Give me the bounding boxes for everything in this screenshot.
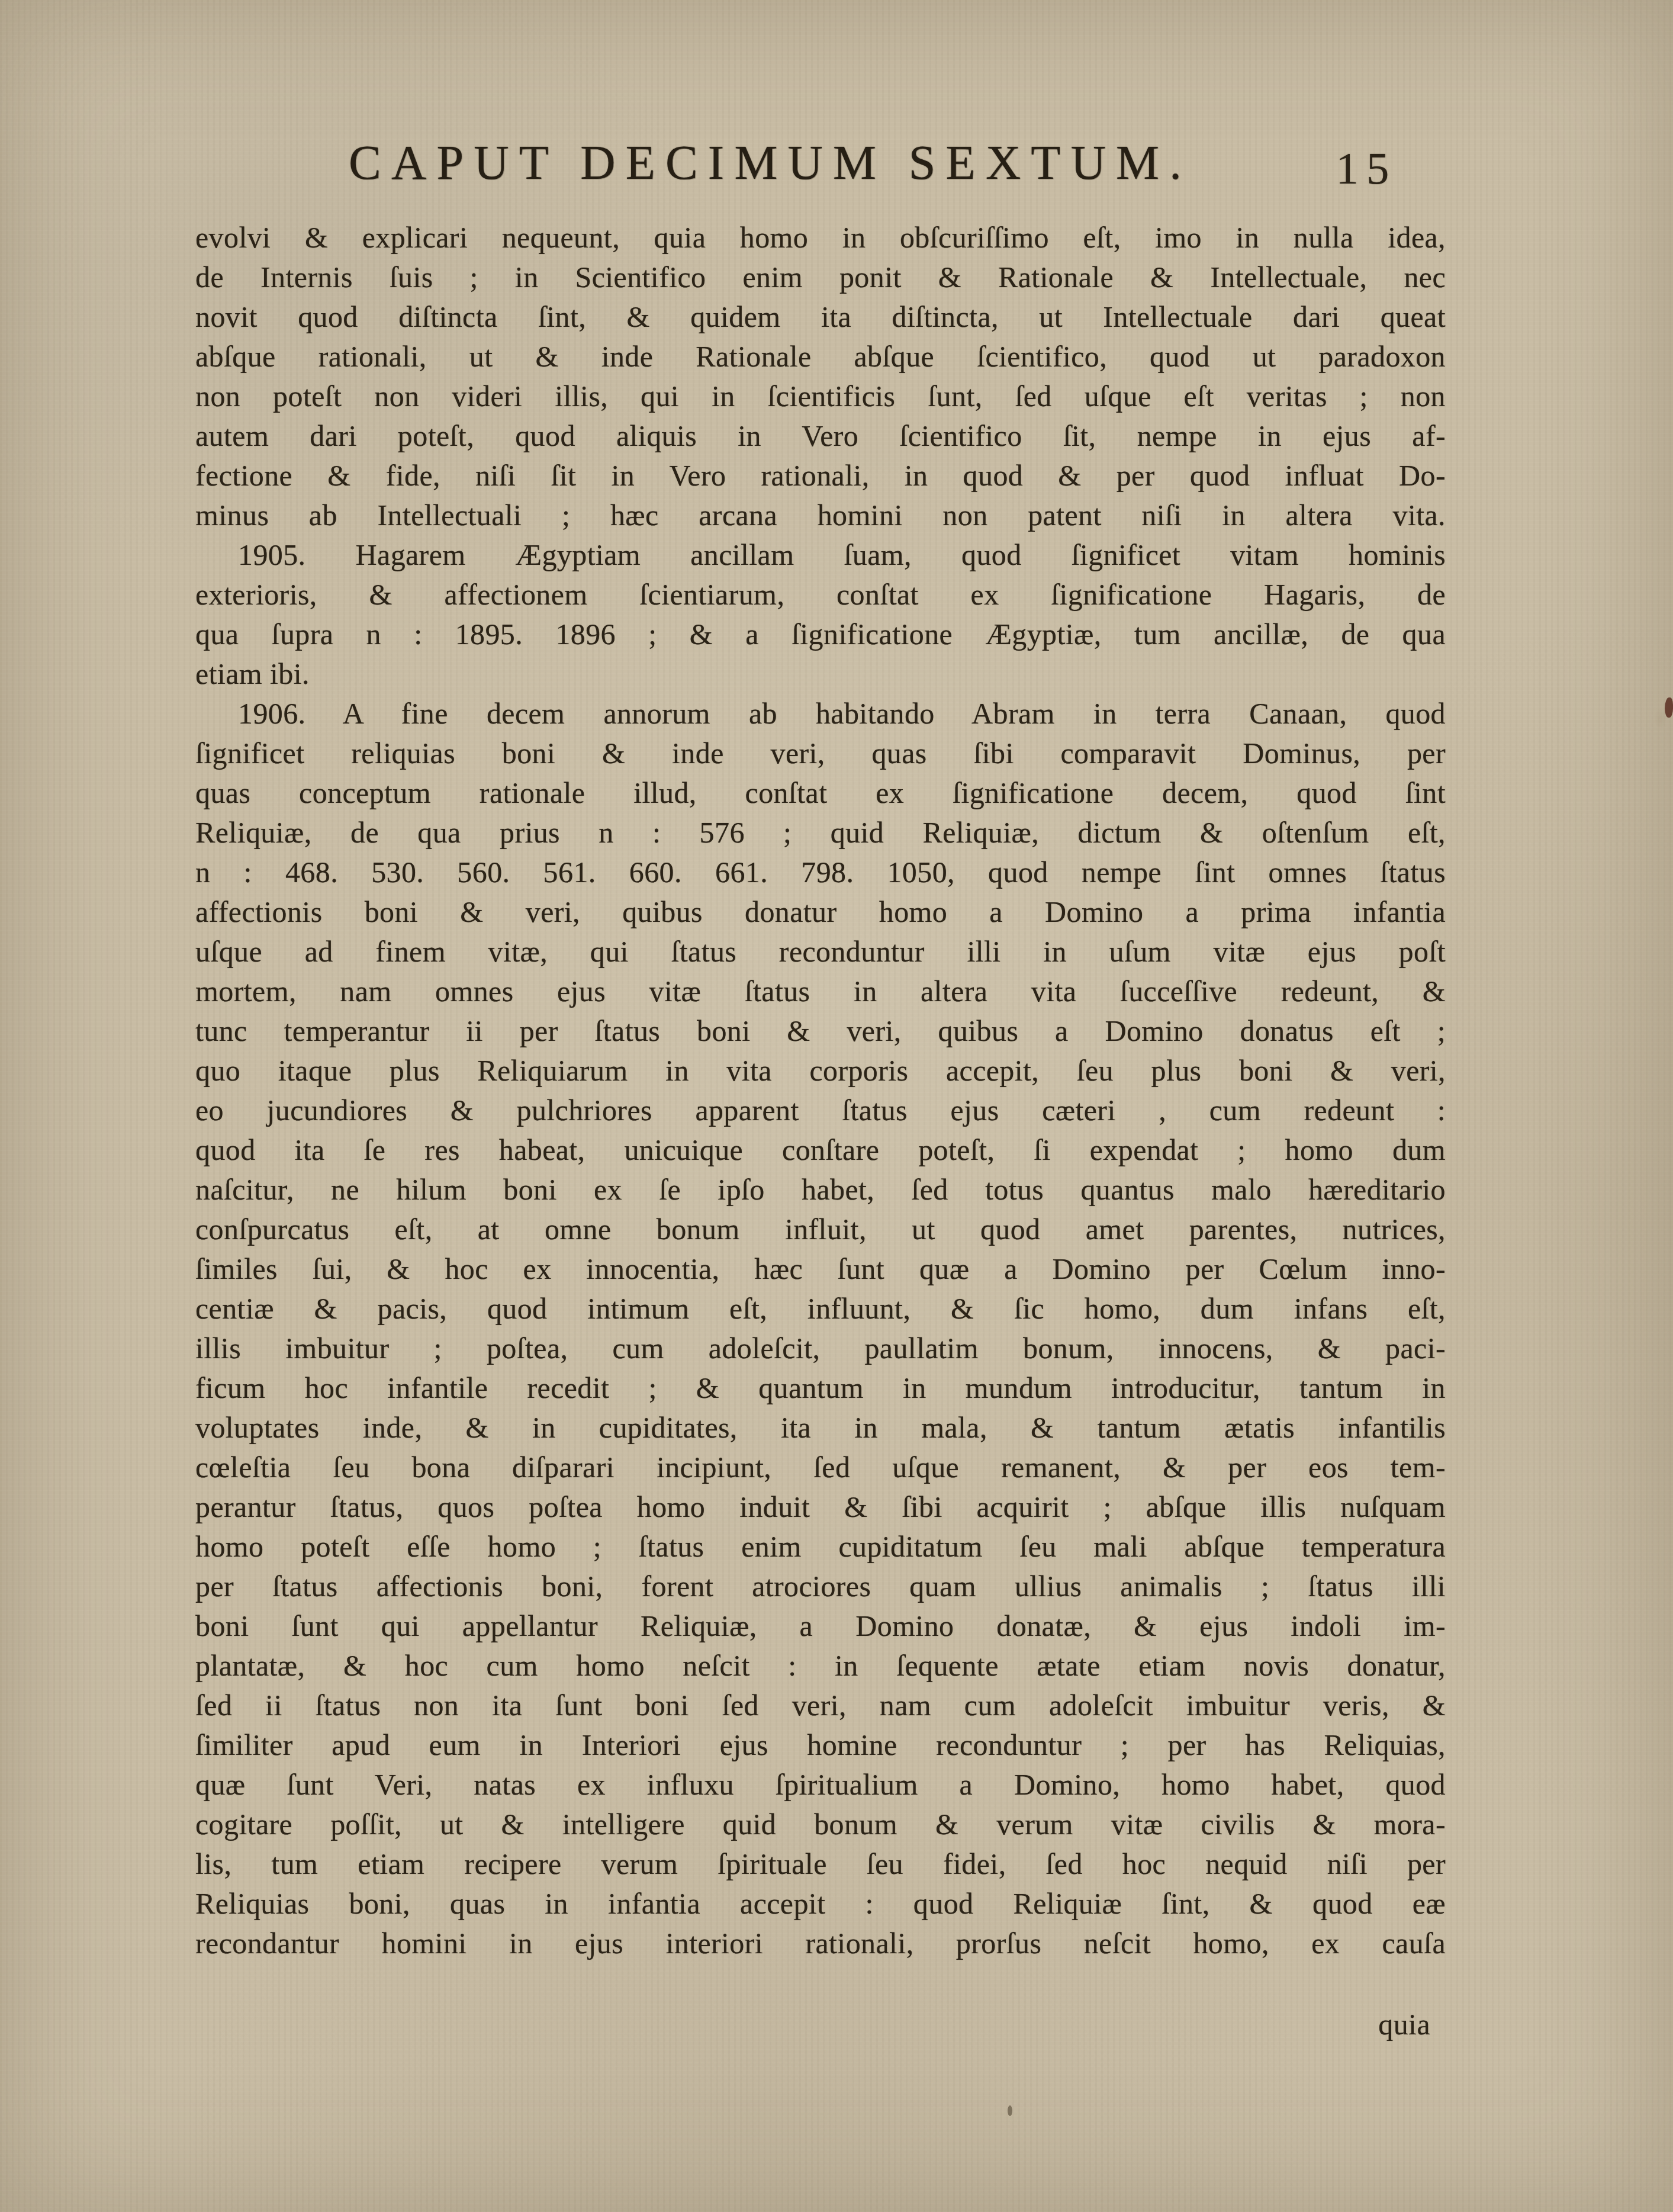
text-line: affectionis boni & veri, quibus donatur … (195, 892, 1446, 932)
text-line: perantur ſtatus, quos poſtea homo induit… (195, 1487, 1446, 1527)
text-line: non poteſt non videri illis, qui in ſcie… (195, 377, 1446, 416)
text-line: eo jucundiores & pulchriores apparent ſt… (195, 1091, 1446, 1130)
text-line: per ſtatus affectionis boni, forent atro… (195, 1567, 1446, 1606)
text-line: plantatæ, & hoc cum homo neſcit : in ſeq… (195, 1646, 1446, 1686)
text-line: etiam ibi. (195, 654, 1446, 694)
text-line: uſque ad finem vitæ, qui ſtatus recondun… (195, 932, 1446, 972)
text-line: Reliquiæ, de qua prius n : 576 ; quid Re… (195, 813, 1446, 853)
text-line: ficum hoc infantile recedit ; & quantum … (195, 1368, 1446, 1408)
text-block: evolvi & explicari nequeunt, quia homo i… (195, 218, 1446, 2044)
chapter-title: CAPUT DECIMUM SEXTUM. (145, 135, 1395, 191)
text-line: centiæ & pacis, quod intimum eſt, influu… (195, 1289, 1446, 1329)
text-line: illis imbuitur ; poſtea, cum adoleſcit, … (195, 1329, 1446, 1368)
text-line: 1906. A fine decem annorum ab habitando … (195, 694, 1446, 734)
text-line: n : 468. 530. 560. 561. 660. 661. 798. 1… (195, 853, 1446, 892)
text-line: fectione & fide, niſi ſit in Vero ration… (195, 456, 1446, 496)
text-line: ſimiles ſui, & hoc ex innocentia, hæc ſu… (195, 1249, 1446, 1289)
page-header: CAPUT DECIMUM SEXTUM. 15 (195, 135, 1446, 206)
text-line: Reliquias boni, quas in infantia accepit… (195, 1884, 1446, 1924)
text-line: voluptates inde, & in cupiditates, ita i… (195, 1408, 1446, 1448)
text-line: cœleſtia ſeu bona diſparari incipiunt, ſ… (195, 1448, 1446, 1487)
text-line: quod ita ſe res habeat, unicuique conſta… (195, 1130, 1446, 1170)
text-line: qua ſupra n : 1895. 1896 ; & a ſignifica… (195, 615, 1446, 654)
text-line: tunc temperantur ii per ſtatus boni & ve… (195, 1011, 1446, 1051)
text-line: quo itaque plus Reliquiarum in vita corp… (195, 1051, 1446, 1091)
text-line: recondantur homini in ejus interiori rat… (195, 1924, 1446, 1963)
page-number: 15 (1336, 143, 1397, 195)
text-line: boni ſunt qui appellantur Reliquiæ, a Do… (195, 1606, 1446, 1646)
text-line: de Internis ſuis ; in Scientifico enim p… (195, 258, 1446, 297)
ink-speck-right-margin (1665, 697, 1673, 718)
text-line: exterioris, & affectionem ſcientiarum, c… (195, 575, 1446, 615)
paper-fleck (1008, 2105, 1012, 2116)
text-line: ſignificet reliquias boni & inde veri, q… (195, 734, 1446, 773)
text-line: 1905. Hagarem Ægyptiam ancillam ſuam, qu… (195, 535, 1446, 575)
text-line: minus ab Intellectuali ; hæc arcana homi… (195, 496, 1446, 535)
text-line: naſcitur, ne hilum boni ex ſe ipſo habet… (195, 1170, 1446, 1210)
text-line: mortem, nam omnes ejus vitæ ſtatus in al… (195, 972, 1446, 1011)
text-line: homo poteſt eſſe homo ; ſtatus enim cupi… (195, 1527, 1446, 1567)
text-line: autem dari poteſt, quod aliquis in Vero … (195, 416, 1446, 456)
text-line: abſque rationali, ut & inde Rationale ab… (195, 337, 1446, 377)
catchword: quia (195, 2005, 1446, 2044)
text-line: quæ ſunt Veri, natas ex influxu ſpiritua… (195, 1765, 1446, 1805)
text-line: novit quod diſtincta ſint, & quidem ita … (195, 297, 1446, 337)
text-line: ſimiliter apud eum in Interiori ejus hom… (195, 1725, 1446, 1765)
text-line: cogitare poſſit, ut & intelligere quid b… (195, 1805, 1446, 1844)
text-line: ſed ii ſtatus non ita ſunt boni ſed veri… (195, 1686, 1446, 1725)
book-page-scan: CAPUT DECIMUM SEXTUM. 15 evolvi & explic… (0, 0, 1673, 2212)
text-line: lis, tum etiam recipere verum ſpirituale… (195, 1844, 1446, 1884)
text-line: quas conceptum rationale illud, conſtat … (195, 773, 1446, 813)
text-line: conſpurcatus eſt, at omne bonum influit,… (195, 1210, 1446, 1249)
text-line: evolvi & explicari nequeunt, quia homo i… (195, 218, 1446, 258)
